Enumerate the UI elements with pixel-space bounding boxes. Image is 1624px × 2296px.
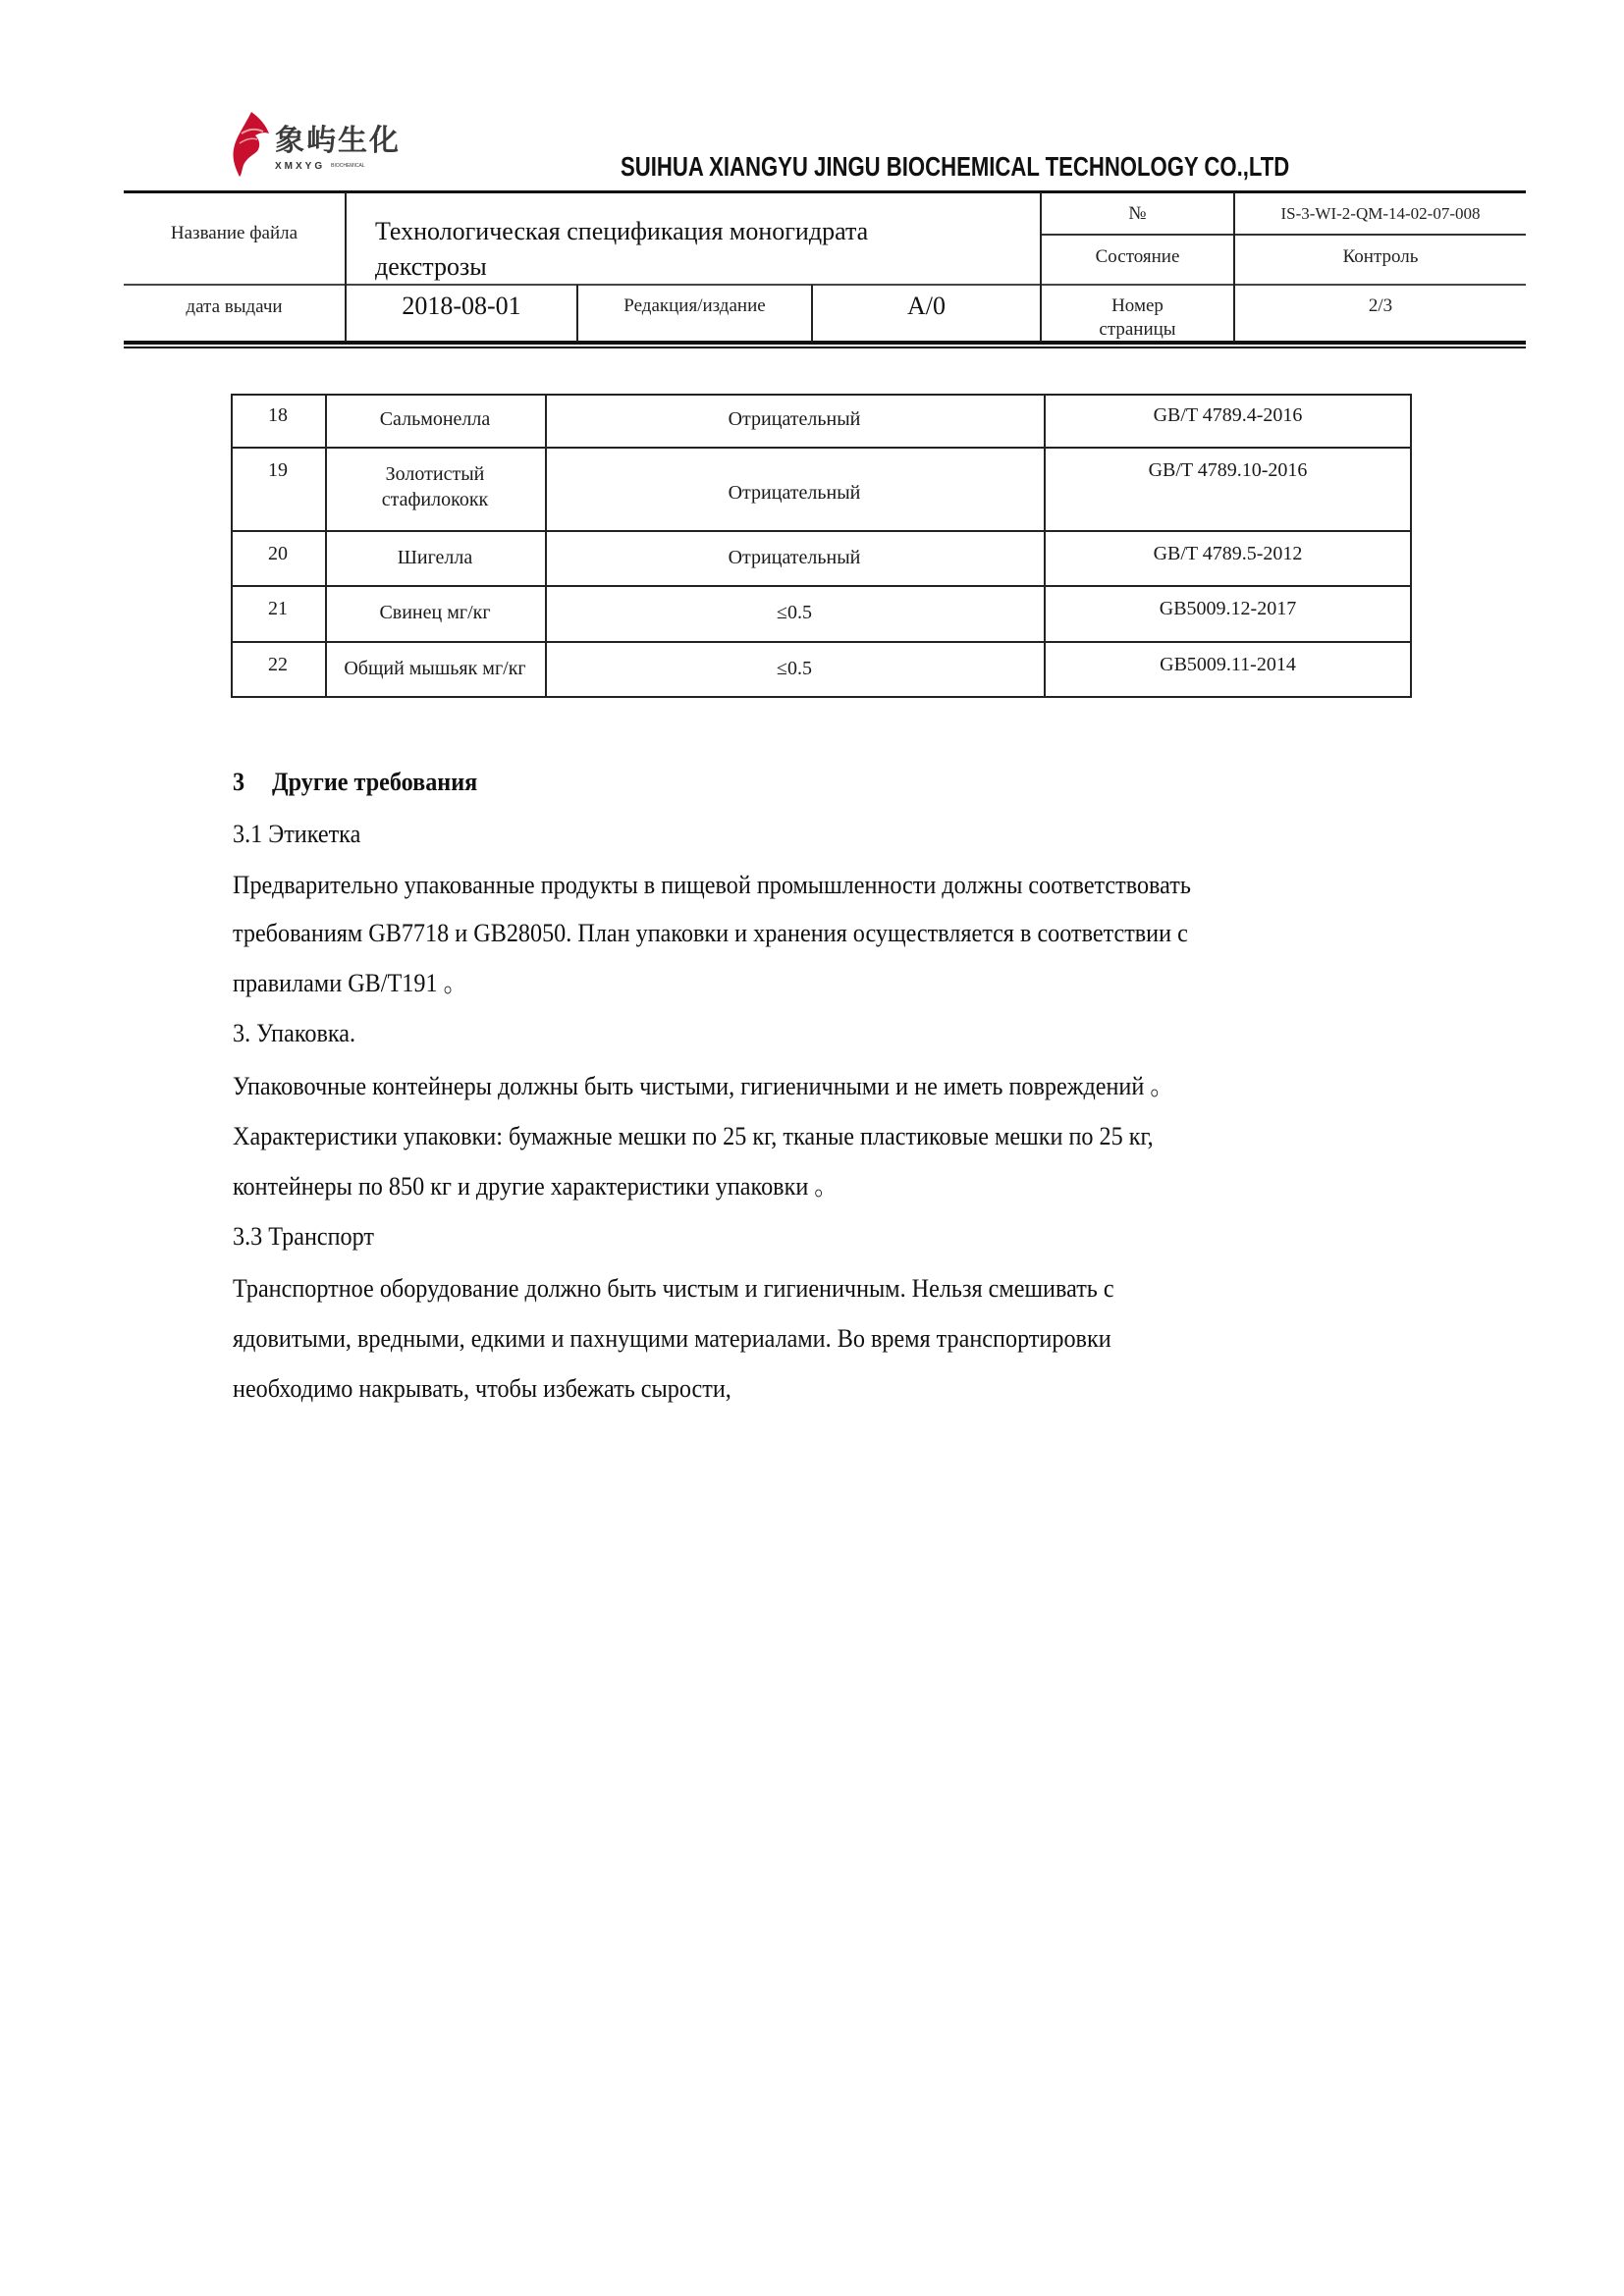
requirement-value: Отрицательный	[545, 481, 1044, 505]
company-logo: 象屿生化 XMXYGBIOCHEMICAL	[230, 110, 402, 181]
test-method: GB/T 4789.10-2016	[1044, 458, 1412, 482]
paragraph-line: Предварительно упакованные продукты в пи…	[233, 871, 1191, 900]
table-row-rule	[124, 284, 1526, 286]
requirement-value: Отрицательный	[545, 546, 1044, 569]
test-method: GB5009.11-2014	[1044, 653, 1412, 676]
specification-table: 18СальмонеллаОтрицательныйGB/T 4789.4-20…	[231, 394, 1412, 698]
paragraph-line: Характеристики упаковки: бумажные мешки …	[233, 1122, 1154, 1151]
table-row: 22Общий мышьяк мг/кг≤0.5GB5009.11-2014	[231, 643, 1412, 698]
table-row: 18СальмонеллаОтрицательныйGB/T 4789.4-20…	[231, 394, 1412, 449]
table-row-rule	[231, 696, 1412, 698]
doc-number-value: IS-3-WI-2-QM-14-02-07-008	[1235, 202, 1526, 225]
row-number: 21	[231, 597, 325, 620]
test-method: GB/T 4789.4-2016	[1044, 403, 1412, 427]
row-number: 22	[231, 653, 325, 676]
row-number: 20	[231, 542, 325, 565]
page-label-line1: Номер	[1042, 294, 1233, 317]
company-name: SUIHUA XIANGYU JINGU BIOCHEMICAL TECHNOL…	[621, 152, 1289, 182]
section-heading: 3Другие требования	[233, 768, 477, 797]
subsection-heading-label: 3.1 Этикетка	[233, 820, 360, 849]
page-number-value: 2/3	[1235, 294, 1526, 317]
doc-number-label: №	[1042, 202, 1233, 225]
test-item: Золотистый	[325, 462, 545, 486]
requirement-value: ≤0.5	[545, 601, 1044, 624]
table-row-rule	[1041, 234, 1526, 236]
status-value: Контроль	[1235, 245, 1526, 268]
table-row: 20ШигеллаОтрицательныйGB/T 4789.5-2012	[231, 532, 1412, 587]
revision-label: Редакция/издание	[578, 294, 811, 317]
row-number: 19	[231, 458, 325, 482]
file-name-label: Название файла	[124, 222, 345, 244]
test-item: Общий мышьяк мг/кг	[325, 657, 545, 680]
row-number: 18	[231, 403, 325, 427]
paragraph-line: необходимо накрывать, чтобы избежать сыр…	[233, 1374, 731, 1404]
file-name-value-line2: декстрозы	[375, 252, 487, 282]
paragraph-line: контейнеры по 850 кг и другие характерис…	[233, 1172, 838, 1201]
test-item: стафилококк	[325, 488, 545, 511]
table-bottom-rule-thick	[124, 341, 1526, 345]
issue-date-label: дата выдачи	[124, 295, 345, 318]
test-method: GB/T 4789.5-2012	[1044, 542, 1412, 565]
subsection-heading-transport: 3.3 Транспорт	[233, 1222, 374, 1252]
logo-brand-latin: XMXYGBIOCHEMICAL	[275, 161, 365, 172]
test-item: Свинец мг/кг	[325, 601, 545, 624]
table-row: 19ЗолотистыйстафилококкОтрицательныйGB/T…	[231, 449, 1412, 532]
paragraph-line: требованиям GB7718 и GB28050. План упако…	[233, 919, 1188, 948]
subsection-heading-packaging: 3. Упаковка.	[233, 1019, 355, 1048]
requirement-value: ≤0.5	[545, 657, 1044, 680]
paragraph-line: Упаковочные контейнеры должны быть чисты…	[233, 1072, 1174, 1101]
revision-value: A/0	[813, 292, 1040, 321]
requirement-value: Отрицательный	[545, 407, 1044, 431]
logo-brand-chinese: 象屿生化	[275, 126, 401, 157]
status-label: Состояние	[1042, 245, 1233, 268]
test-item: Сальмонелла	[325, 407, 545, 431]
table-top-rule	[124, 190, 1526, 193]
table-bottom-rule-thin	[124, 347, 1526, 348]
paragraph-line: правилами GB/T191 。	[233, 969, 467, 998]
logo-brand-sub: BIOCHEMICAL	[331, 163, 364, 169]
file-name-value-line1: Технологическая спецификация моногидрата	[375, 217, 868, 246]
paragraph-line: Транспортное оборудование должно быть чи…	[233, 1274, 1114, 1304]
flame-logo-icon	[230, 110, 273, 179]
logo-brand-abbrev: XMXYG	[275, 161, 325, 172]
page-label-line2: страницы	[1042, 318, 1233, 341]
section-heading-title: Другие требования	[272, 768, 477, 796]
section-heading-number: 3	[233, 768, 244, 796]
test-method: GB5009.12-2017	[1044, 597, 1412, 620]
issue-date-value: 2018-08-01	[347, 292, 576, 321]
paragraph-line: ядовитыми, вредными, едкими и пахнущими …	[233, 1324, 1111, 1354]
table-row: 21Свинец мг/кг≤0.5GB5009.12-2017	[231, 587, 1412, 643]
test-item: Шигелла	[325, 546, 545, 569]
